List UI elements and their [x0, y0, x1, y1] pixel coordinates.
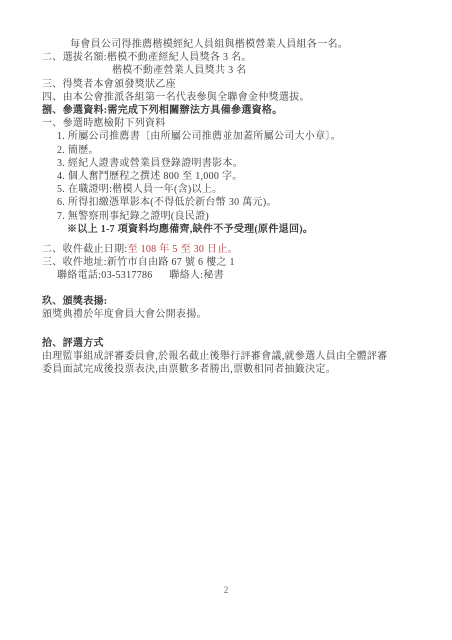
- text-run: 2. 簡歷。: [57, 145, 99, 156]
- text-line: 捌、參選資料:需完成下列相關辦法方具備參選資格。: [42, 104, 432, 117]
- text-run: 6. 所得扣繳憑單影本(不得低於新台幣 30 萬元)。: [57, 197, 277, 208]
- text-line: 3. 經紀人證書或營業員登錄證明書影本。: [57, 157, 432, 170]
- text-run: 4. 個人奮鬥歷程之撰述 800 至 1,000 字。: [57, 171, 243, 182]
- text-line: 每會員公司得推薦楷模經紀人員組與楷模營業人員組各一名。: [70, 38, 432, 51]
- text-run: 三、收件地址:新竹市自由路 67 號 6 樓之 1: [42, 257, 235, 268]
- text-run: 每會員公司得推薦楷模經紀人員組與楷模營業人員組各一名。: [70, 39, 348, 50]
- text-line: 楷模不動產營業人員獎共 3 名: [112, 64, 432, 77]
- text-run: 楷模不動產營業人員獎共 3 名: [112, 65, 247, 76]
- text-run: 5. 在職證明:楷模人員一年(含)以上。: [57, 184, 222, 195]
- text-line: 6. 所得扣繳憑單影本(不得低於新台幣 30 萬元)。: [57, 196, 432, 209]
- blank-line: [0, 321, 432, 337]
- text-line: 玖、頒獎表揚:: [42, 295, 432, 308]
- text-run: 由理監事組成評審委員會,於報名截止後舉行評審會議,就參選人員由全體評審: [42, 351, 388, 362]
- text-run: 二、收件截止日期:: [42, 244, 127, 255]
- text-line: 4. 個人奮鬥歷程之撰述 800 至 1,000 字。: [57, 170, 432, 183]
- text-run: 3. 經紀人證書或營業員登錄證明書影本。: [57, 158, 243, 169]
- text-line: 三、得獎者本會頒發獎狀乙座: [42, 78, 432, 91]
- text-run: 至 108 年 5 至 30 日止。: [127, 244, 237, 255]
- text-run: 頒獎典禮於年度會員大會公開表揚。: [42, 309, 207, 320]
- text-line: 7. 無警察刑事紀錄之證明(良民證): [57, 210, 432, 223]
- text-run: 1. 所屬公司推薦書〔由所屬公司推薦並加蓋所屬公司大小章〕。: [57, 131, 341, 142]
- text-line: 聯絡電話:03-5317786 聯絡人:秘書: [57, 269, 432, 282]
- text-run: 二、選拔名額:楷模不動產經紀人員獎各 3 名。: [42, 52, 252, 63]
- text-line: 委員面試完成後投票表決,由票數多者勝出,票數相同者抽籤決定。: [42, 363, 432, 376]
- text-line: 四、由本公會推派各組第一名代表參與全聯會金仲獎選拔。: [42, 91, 432, 104]
- blank-line: [0, 236, 432, 243]
- text-run: 四、由本公會推派各組第一名代表參與全聯會金仲獎選拔。: [42, 92, 310, 103]
- text-run: 聯絡電話:03-5317786 聯絡人:秘書: [57, 270, 224, 281]
- text-run: ※以上 1-7 項資料均應備齊,缺件不予受理(原件退回)。: [67, 224, 313, 235]
- text-run: 委員面試完成後投票表決,由票數多者勝出,票數相同者抽籤決定。: [42, 364, 336, 375]
- text-line: 頒獎典禮於年度會員大會公開表揚。: [42, 308, 432, 321]
- text-line: 拾、評選方式: [42, 337, 432, 350]
- text-line: 1. 所屬公司推薦書〔由所屬公司推薦並加蓋所屬公司大小章〕。: [57, 130, 432, 143]
- text-line: 二、收件截止日期:至 108 年 5 至 30 日止。: [42, 243, 432, 256]
- text-line: 5. 在職證明:楷模人員一年(含)以上。: [57, 183, 432, 196]
- text-run: 玖、頒獎表揚:: [42, 296, 107, 307]
- text-line: ※以上 1-7 項資料均應備齊,缺件不予受理(原件退回)。: [67, 223, 432, 236]
- text-run: 7. 無警察刑事紀錄之證明(良民證): [57, 211, 209, 222]
- text-line: 二、選拔名額:楷模不動產經紀人員獎各 3 名。: [42, 51, 432, 64]
- document-body: 每會員公司得推薦楷模經紀人員組與楷模營業人員組各一名。二、選拔名額:楷模不動產經…: [0, 38, 432, 377]
- text-run: 捌、參選資料:需完成下列相關辦法方具備參選資格。: [42, 105, 283, 116]
- text-run: 一、參選時應檢附下列資料: [42, 118, 166, 129]
- text-line: 三、收件地址:新竹市自由路 67 號 6 樓之 1: [42, 256, 432, 269]
- blank-line: [0, 283, 432, 295]
- text-line: 2. 簡歷。: [57, 144, 432, 157]
- text-run: 三、得獎者本會頒發獎狀乙座: [42, 79, 176, 90]
- text-run: 拾、評選方式: [42, 338, 104, 349]
- document-page: 每會員公司得推薦楷模經紀人員組與楷模營業人員組各一名。二、選拔名額:楷模不動產經…: [0, 0, 452, 640]
- text-line: 由理監事組成評審委員會,於報名截止後舉行評審會議,就參選人員由全體評審: [42, 350, 432, 363]
- text-line: 一、參選時應檢附下列資料: [42, 117, 432, 130]
- page-number: 2: [0, 585, 452, 595]
